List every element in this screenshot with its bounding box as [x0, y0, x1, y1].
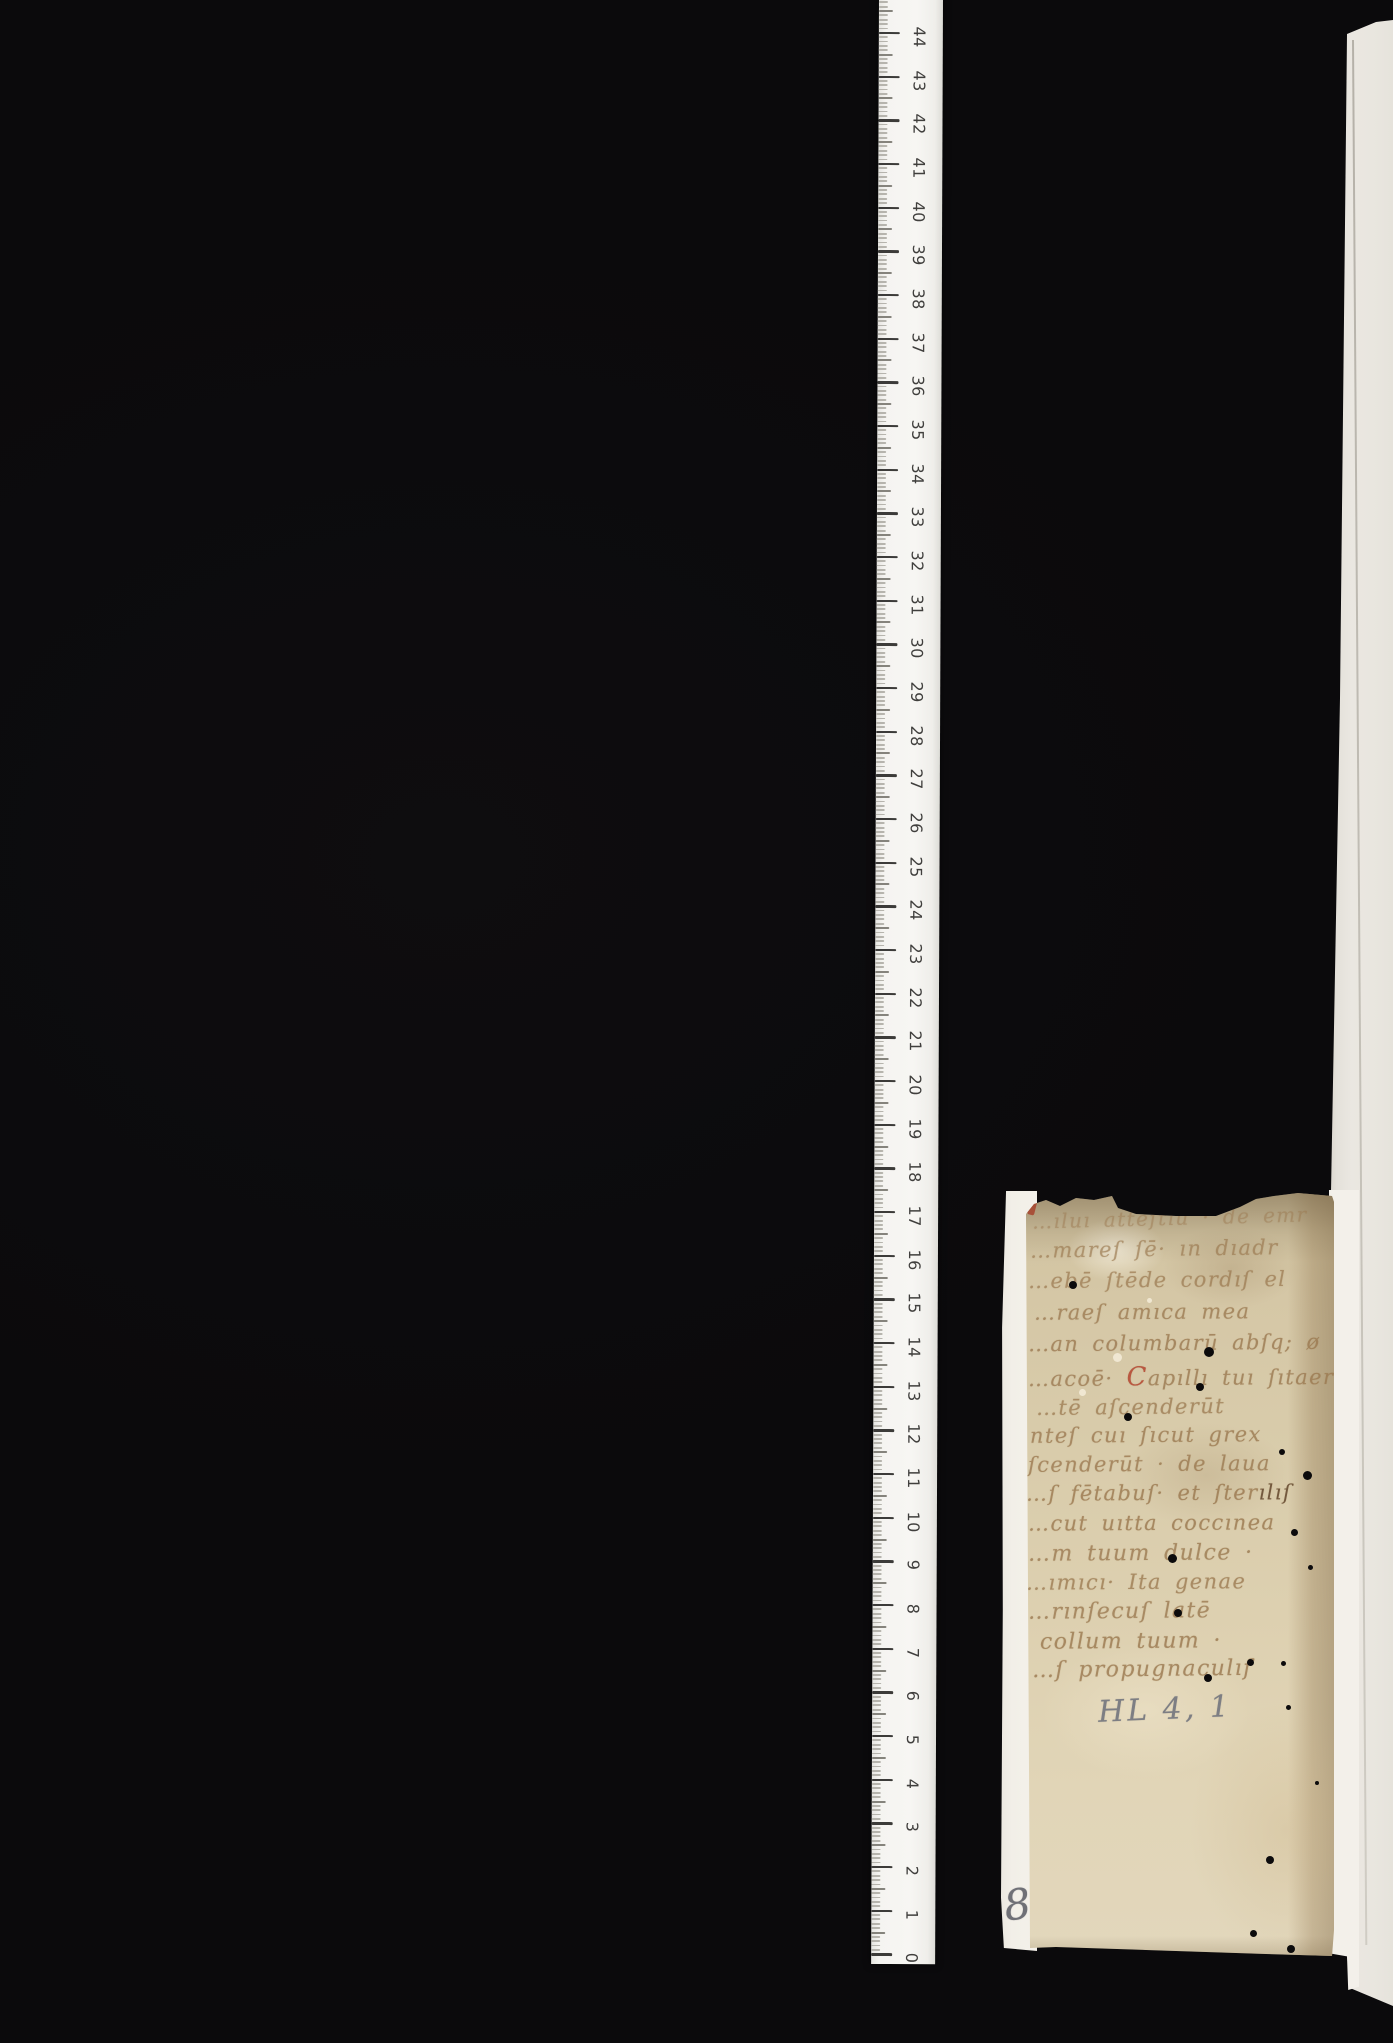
- ruler-tick: [878, 346, 887, 348]
- ruler-tick: [874, 1250, 883, 1252]
- ruler-tick: [875, 1045, 884, 1047]
- ruler-tick: [876, 722, 885, 724]
- ruler-tick: [874, 1311, 883, 1313]
- ruler-tick: [875, 1063, 884, 1065]
- ruler-tick: [877, 521, 886, 523]
- ruler-tick: [878, 255, 887, 257]
- ruler-tick: [873, 1512, 882, 1514]
- ruler-label: 19: [904, 1111, 924, 1147]
- ruler-tick: [877, 425, 898, 427]
- ruler-tick: [879, 19, 888, 21]
- ruler-tick: [879, 14, 888, 16]
- ruler-tick: [873, 1578, 882, 1580]
- ruler-tick: [871, 1897, 880, 1899]
- ruler-tick: [872, 1665, 881, 1667]
- ruler-tick: [873, 1565, 882, 1567]
- ruler-tick: [877, 399, 886, 401]
- ruler-tick: [878, 154, 887, 156]
- ruler-tick: [873, 1560, 894, 1562]
- ruler-tick: [873, 1600, 882, 1602]
- ruler-tick: [872, 1630, 881, 1632]
- ruler-tick: [874, 1268, 883, 1270]
- ruler-tick: [873, 1543, 882, 1545]
- ruler-tick: [872, 1831, 881, 1833]
- ruler-tick: [872, 1818, 881, 1820]
- photo-canvas: 8 …ıluı atteſtıū · de emr…mareſ ſē· ın d…: [0, 0, 1393, 2043]
- ruler-tick: [878, 193, 887, 195]
- ruler-tick: [872, 1739, 881, 1741]
- ruler-tick: [872, 1713, 886, 1715]
- ruler-tick: [874, 1185, 883, 1187]
- ruler-tick: [873, 1438, 882, 1440]
- ruler-label: 30: [906, 630, 926, 666]
- ruler-tick: [876, 805, 885, 807]
- ruler-label: 29: [906, 674, 926, 710]
- ruler-tick: [878, 163, 899, 165]
- ruler-tick: [875, 958, 884, 960]
- parchment-speck: [1079, 1389, 1086, 1396]
- ruler-label: 9: [903, 1547, 923, 1583]
- ruler-tick: [872, 1822, 893, 1824]
- ruler-tick: [877, 512, 898, 514]
- ruler-tick: [874, 1263, 883, 1265]
- ruler-tick: [877, 595, 886, 597]
- ruler-tick: [874, 1329, 883, 1331]
- ruler-label: 40: [908, 194, 928, 230]
- ruler-tick: [878, 124, 887, 126]
- ruler-tick: [872, 1801, 886, 1803]
- ruler-tick: [877, 456, 886, 458]
- ruler-tick: [871, 1923, 880, 1925]
- ruler-tick: [876, 796, 890, 798]
- ruler-tick: [877, 407, 886, 409]
- ruler-tick: [872, 1827, 881, 1829]
- ruler-tick: [872, 1849, 881, 1851]
- ruler-tick: [879, 49, 888, 51]
- ruler-tick: [875, 1080, 896, 1082]
- ruler-label: 44: [909, 19, 929, 55]
- ruler-tick: [877, 543, 886, 545]
- ruler-label: 43: [909, 63, 929, 99]
- ruler-tick: [876, 735, 885, 737]
- ruler-tick: [873, 1469, 882, 1471]
- ruler-tick: [877, 587, 886, 589]
- ruler-label: 15: [904, 1285, 924, 1321]
- ruler-tick: [873, 1434, 882, 1436]
- manuscript-text-segment: …m tuum dulce ·: [1028, 1540, 1254, 1567]
- ruler-tick: [873, 1495, 887, 1497]
- ruler-tick: [877, 429, 886, 431]
- ruler-tick: [873, 1525, 882, 1527]
- ruler-tick: [874, 1364, 888, 1366]
- ruler-tick: [874, 1145, 888, 1147]
- ruler-tick: [873, 1569, 882, 1571]
- ruler-tick: [876, 849, 885, 851]
- ruler-tick: [874, 1351, 883, 1353]
- ruler-tick: [874, 1224, 883, 1226]
- ruler-tick: [873, 1425, 882, 1427]
- ruler-tick: [873, 1499, 882, 1501]
- ruler-tick: [876, 678, 885, 680]
- ruler-tick: [875, 1019, 884, 1021]
- ruler-tick: [877, 608, 886, 610]
- ruler-tick: [872, 1796, 881, 1798]
- ruler-tick: [875, 927, 889, 929]
- ruler-tick: [874, 1281, 883, 1283]
- ruler-label: 13: [903, 1373, 923, 1409]
- ruler-tick: [872, 1722, 881, 1724]
- ruler-tick: [877, 517, 886, 519]
- ruler-label: 28: [906, 718, 926, 754]
- wormhole-spot: [1250, 1930, 1257, 1937]
- ruler-tick: [878, 359, 892, 361]
- ruler-tick: [872, 1862, 881, 1864]
- ruler-tick: [872, 1691, 893, 1693]
- ruler-tick: [871, 1870, 880, 1872]
- ruler-tick: [877, 565, 886, 567]
- ruler-tick: [876, 783, 885, 785]
- ruler-tick: [871, 1945, 880, 1947]
- ruler-tick: [872, 1726, 881, 1728]
- ruler-tick: [875, 1032, 884, 1034]
- ruler-label: 0: [901, 1940, 921, 1976]
- ruler-tick: [878, 132, 887, 134]
- ruler-tick: [876, 866, 885, 868]
- ruler-tick: [872, 1787, 881, 1789]
- ruler-tick: [873, 1504, 882, 1506]
- ruler-tick: [874, 1298, 895, 1300]
- ruler-tick: [877, 499, 886, 501]
- ruler-label: 24: [905, 892, 925, 928]
- ruler-tick: [875, 1028, 884, 1030]
- ruler-tick: [879, 41, 888, 43]
- ruler-tick: [873, 1556, 882, 1558]
- ruler-tick: [874, 1272, 883, 1274]
- ruler-tick: [877, 438, 886, 440]
- ruler-tick: [879, 84, 888, 86]
- ruler-tick: [878, 189, 887, 191]
- ruler-tick: [877, 613, 886, 615]
- ruler-tick: [876, 648, 885, 650]
- ruler-tick: [875, 1010, 884, 1012]
- ruler-tick: [874, 1207, 883, 1209]
- ruler-tick: [871, 1932, 885, 1934]
- ruler-tick: [873, 1539, 887, 1541]
- ruler-tick: [873, 1587, 882, 1589]
- ruler-tick: [875, 1049, 884, 1051]
- ruler-tick: [876, 652, 885, 654]
- wormhole-spot: [1168, 1554, 1177, 1563]
- ruler: 0123456789101112131415161718192021222324…: [871, 0, 943, 1964]
- ruler-label: 22: [905, 980, 925, 1016]
- wormhole-spot: [1286, 1705, 1291, 1710]
- ruler-tick: [874, 1119, 883, 1121]
- ruler-tick: [874, 1163, 883, 1165]
- ruler-tick: [878, 272, 892, 274]
- ruler-tick: [879, 10, 893, 12]
- ruler-tick: [878, 250, 899, 252]
- ruler-tick: [874, 1333, 883, 1335]
- ruler-tick: [872, 1709, 881, 1711]
- ruler-tick: [873, 1613, 882, 1615]
- ruler-tick: [879, 93, 888, 95]
- ruler-tick: [872, 1718, 881, 1720]
- wormhole-spot: [1308, 1565, 1313, 1570]
- ruler-tick: [879, 58, 888, 60]
- ruler-tick: [879, 111, 888, 113]
- ruler-tick: [875, 984, 884, 986]
- ruler-tick: [875, 1014, 889, 1016]
- ruler-tick: [874, 1338, 883, 1340]
- ruler-tick: [873, 1451, 887, 1453]
- ruler-tick: [876, 696, 885, 698]
- manuscript-text-segment: …raeſ amıca mea: [1034, 1299, 1251, 1325]
- ruler-tick: [875, 1089, 884, 1091]
- wormhole-spot: [1204, 1347, 1214, 1357]
- ruler-tick: [872, 1639, 881, 1641]
- ruler-tick: [876, 853, 885, 855]
- ruler-tick: [878, 215, 887, 217]
- wormhole-spot: [1303, 1471, 1312, 1480]
- ruler-tick: [871, 1953, 892, 1955]
- ruler-tick: [875, 997, 884, 999]
- ruler-tick: [872, 1779, 893, 1781]
- manuscript-text-line: …ſ propugnaculıſ: [1032, 1656, 1253, 1683]
- ruler-tick: [877, 482, 886, 484]
- ruler-tick: [877, 573, 886, 575]
- ruler-tick: [874, 1189, 888, 1191]
- ruler-tick: [878, 220, 887, 222]
- ruler-tick: [875, 1106, 884, 1108]
- ruler-tick: [872, 1635, 881, 1637]
- ruler-tick: [874, 1285, 883, 1287]
- parchment-fragment: …ıluı atteſtıū · de emr…mareſ ſē· ın dıa…: [1026, 1190, 1334, 1958]
- ruler-tick: [874, 1141, 883, 1143]
- ruler-tick: [876, 691, 885, 693]
- ruler-tick: [875, 988, 884, 990]
- ruler-tick: [876, 700, 885, 702]
- ruler-tick: [878, 368, 887, 370]
- ruler-tick: [874, 1228, 883, 1230]
- ruler-label: 23: [905, 936, 925, 972]
- ruler-label: 1: [901, 1897, 921, 1933]
- ruler-tick: [878, 172, 887, 174]
- ruler-tick: [876, 731, 897, 733]
- ruler-tick: [876, 809, 885, 811]
- ruler-tick: [871, 1901, 880, 1903]
- ruler-tick: [876, 757, 885, 759]
- ruler-tick: [878, 176, 887, 178]
- manuscript-text-segment: …ſ fētabuſ· et ſter: [1026, 1480, 1259, 1505]
- ruler-tick: [877, 486, 886, 488]
- ruler-tick: [878, 228, 892, 230]
- ruler-tick: [875, 888, 884, 890]
- manuscript-text-line: collum tuum ·: [1040, 1628, 1222, 1655]
- ruler-tick: [876, 739, 885, 741]
- ruler-tick: [876, 787, 885, 789]
- ruler-tick: [873, 1412, 882, 1414]
- ruler-tick: [878, 355, 887, 357]
- ruler-tick: [874, 1211, 895, 1213]
- ruler-tick: [877, 495, 886, 497]
- ruler-tick: [876, 621, 890, 623]
- ruler-tick: [876, 818, 897, 820]
- ruler-tick: [873, 1486, 882, 1488]
- ruler-tick: [877, 569, 886, 571]
- ruler-label: 41: [908, 150, 928, 186]
- manuscript-text-segment: …mareſ ſē· ın dıadr: [1030, 1235, 1279, 1262]
- ruler-label: 26: [906, 805, 926, 841]
- ruler-tick: [873, 1464, 882, 1466]
- ruler-tick: [875, 971, 889, 973]
- manuscript-text-line: …an columbarū abſq; ø: [1028, 1330, 1321, 1357]
- ruler-tick: [876, 626, 885, 628]
- ruler-tick: [872, 1774, 881, 1776]
- ruler-tick: [876, 669, 885, 671]
- ruler-tick: [872, 1853, 881, 1855]
- ruler-tick: [875, 897, 884, 899]
- ruler-tick: [875, 1071, 884, 1073]
- manuscript-text-line: …cut uıtta coccınea: [1028, 1510, 1276, 1535]
- ruler-label: 20: [905, 1067, 925, 1103]
- ruler-label: 7: [902, 1635, 922, 1671]
- ruler-tick: [872, 1814, 881, 1816]
- ruler-tick: [877, 394, 886, 396]
- wormhole-spot: [1204, 1674, 1212, 1682]
- ruler-tick: [873, 1456, 882, 1458]
- ruler-tick: [873, 1394, 882, 1396]
- ruler-tick: [874, 1180, 883, 1182]
- ruler-tick: [878, 137, 887, 139]
- ruler-tick: [874, 1255, 895, 1257]
- ruler-tick: [877, 442, 886, 444]
- ruler-tick: [872, 1748, 881, 1750]
- ruler-tick: [875, 1084, 884, 1086]
- ruler-tick: [875, 905, 896, 907]
- manuscript-text-segment: …cut uıtta coccınea: [1028, 1510, 1276, 1535]
- ruler-tick: [878, 167, 887, 169]
- ruler-tick: [872, 1648, 893, 1650]
- ruler-tick: [878, 268, 887, 270]
- pencil-annotation: HL 4, 1: [1097, 1689, 1232, 1730]
- manuscript-text-segment: nteſ cuı ſıcut grex: [1030, 1422, 1262, 1448]
- wormhole-spot: [1196, 1383, 1204, 1391]
- ruler-tick: [876, 835, 885, 837]
- ruler-tick: [875, 875, 884, 877]
- ruler-tick: [877, 377, 886, 379]
- ruler-tick: [873, 1416, 882, 1418]
- ruler-tick: [876, 656, 885, 658]
- ruler-tick: [875, 1058, 889, 1060]
- ruler-tick: [877, 556, 898, 558]
- ruler-tick: [876, 643, 897, 645]
- ruler-tick: [875, 949, 896, 951]
- ruler-tick: [875, 953, 884, 955]
- ruler-tick: [878, 263, 887, 265]
- ruler-tick: [872, 1857, 881, 1859]
- ruler-tick: [879, 23, 888, 25]
- ruler-tick: [878, 329, 887, 331]
- ruler-tick: [878, 307, 887, 309]
- ruler-tick: [878, 150, 887, 152]
- ruler-tick: [877, 504, 886, 506]
- wormhole-spot: [1069, 1281, 1077, 1289]
- wormhole-spot: [1279, 1449, 1285, 1455]
- ruler-tick: [878, 351, 887, 353]
- ruler-tick: [879, 115, 888, 117]
- ruler-tick: [872, 1678, 881, 1680]
- ruler-tick: [873, 1482, 882, 1484]
- ruler-tick: [878, 338, 899, 340]
- ruler-tick: [874, 1154, 883, 1156]
- ruler-tick: [871, 1875, 880, 1877]
- ruler-tick: [879, 1, 888, 3]
- ruler-tick: [874, 1237, 883, 1239]
- ruler-tick: [873, 1429, 894, 1431]
- ruler-tick: [878, 298, 887, 300]
- ruler-tick: [878, 141, 892, 143]
- ruler-tick: [875, 1001, 884, 1003]
- ruler-tick: [872, 1626, 886, 1628]
- ruler-tick: [875, 901, 884, 903]
- ruler-tick: [876, 687, 897, 689]
- ruler-tick: [874, 1194, 883, 1196]
- ruler-tick: [875, 923, 884, 925]
- ruler-tick: [877, 412, 886, 414]
- ruler-label: 34: [907, 456, 927, 492]
- ruler-label: 16: [904, 1242, 924, 1278]
- ruler-tick: [878, 324, 887, 326]
- ruler-tick: [873, 1421, 882, 1423]
- ruler-tick: [875, 1102, 889, 1104]
- ruler-tick: [874, 1259, 883, 1261]
- ruler-tick: [879, 36, 888, 38]
- ruler-tick: [875, 879, 884, 881]
- ruler-label: 35: [907, 412, 927, 448]
- ruler-tick: [879, 71, 888, 73]
- ruler-tick: [875, 914, 884, 916]
- ruler-tick: [872, 1744, 881, 1746]
- ruler-label: 21: [905, 1023, 925, 1059]
- manuscript-text-segment: apıllı tuı ſıtaer: [1148, 1365, 1335, 1390]
- ruler-tick: [873, 1442, 882, 1444]
- ruler-tick: [878, 224, 887, 226]
- ruler-tick: [872, 1652, 881, 1654]
- ruler-tick: [878, 303, 887, 305]
- ruler-tick: [877, 552, 886, 554]
- ruler-tick: [877, 490, 891, 492]
- ruler-tick: [875, 1093, 884, 1095]
- ruler-tick: [875, 910, 884, 912]
- ruler-tick: [875, 1111, 884, 1113]
- ruler-tick: [878, 128, 887, 130]
- ruler-tick: [877, 421, 886, 423]
- ruler-tick: [879, 80, 888, 82]
- ruler-label: 38: [908, 281, 928, 317]
- ruler-tick: [871, 1940, 880, 1942]
- ruler-tick: [873, 1477, 882, 1479]
- ruler-tick: [873, 1386, 894, 1388]
- parchment-speck: [1147, 1298, 1152, 1303]
- ruler-tick: [874, 1150, 883, 1152]
- ruler-tick: [873, 1530, 882, 1532]
- ruler-tick: [876, 674, 885, 676]
- manuscript-text-line: …mareſ ſē· ın dıadr: [1030, 1235, 1279, 1262]
- ruler-tick: [876, 774, 897, 776]
- manuscript-text-line: …raeſ amıca mea: [1034, 1299, 1251, 1325]
- ruler-tick: [876, 635, 885, 637]
- ruler-tick: [874, 1198, 883, 1200]
